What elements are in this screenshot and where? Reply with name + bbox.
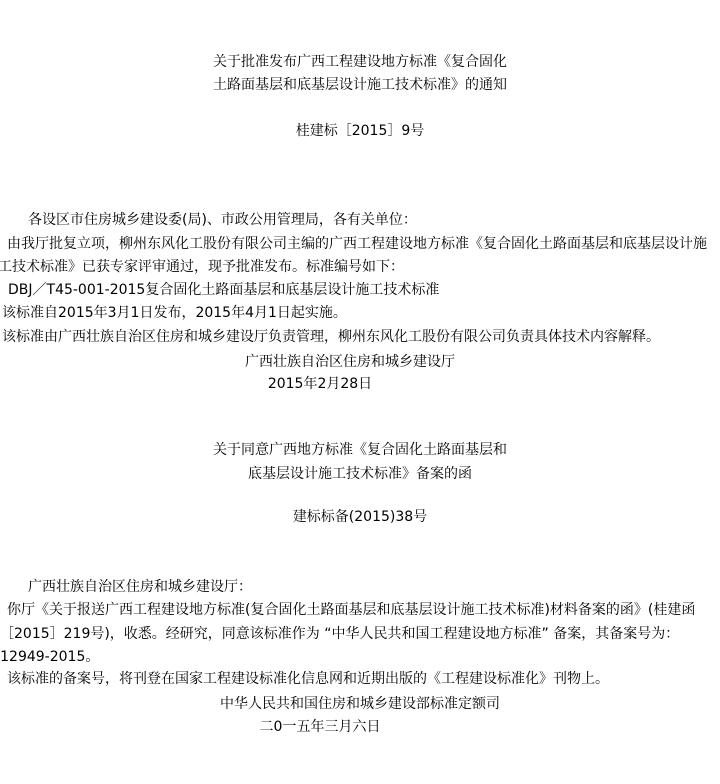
filing-salutation: 广西壮族自治区住房和城乡建设厅：: [0, 576, 720, 599]
approval-management-line: 该标准由广西壮族自治区住房和城乡建设厅负责管理，柳州东风化工股份有限公司负责具体…: [0, 326, 720, 349]
filing-body-line2: ［2015］219号)，收悉。经研究，同意该标准作为 “中华人民共和国工程建设地…: [0, 623, 720, 646]
filing-body-line1: 你厅《关于报送广西工程建设地方标准(复合固化土路面基层和底基层设计施工技术标准)…: [0, 599, 720, 622]
filing-signature-name: 中华人民共和国住房和城乡建设部标准定额司: [0, 693, 720, 716]
approval-body-line2: 工技术标准》已获专家评审通过，现予批准发布。标准编号如下：: [0, 256, 718, 279]
approval-dates-line: 该标准自2015年3月1日发布，2015年4月1日起实施。: [0, 302, 720, 325]
approval-doc-number: 桂建标［2015］9号: [0, 120, 720, 143]
approval-signature-date: 2015年2月28日: [0, 373, 720, 396]
filing-body-line3: J12949-2015。: [0, 646, 716, 669]
filing-signature-date: 二0一五年三月六日: [0, 716, 720, 739]
approval-title-line2: 土路面基层和底基层设计施工技术标准》的通知: [0, 74, 720, 97]
filing-doc-number: 建标标备(2015)38号: [0, 506, 720, 529]
approval-standard-number: DBJ／T45-001-2015复合固化土路面基层和底基层设计施工技术标准: [0, 279, 720, 302]
filing-title-line1: 关于同意广西地方标准《复合固化土路面基层和: [0, 439, 720, 462]
approval-body-line1: 由我厅批复立项，柳州东风化工股份有限公司主编的广西工程建设地方标准《复合固化土路…: [0, 233, 720, 256]
approval-title-line1: 关于批准发布广西工程建设地方标准《复合固化: [0, 51, 720, 74]
document-page: 关于批准发布广西工程建设地方标准《复合固化 土路面基层和底基层设计施工技术标准》…: [0, 0, 720, 784]
filing-publication-line: 该标准的备案号，将刊登在国家工程建设标准化信息网和近期出版的《工程建设标准化》刊…: [0, 668, 720, 691]
filing-title-line2: 底基层设计施工技术标准》备案的函: [0, 463, 720, 486]
approval-signature-name: 广西壮族自治区住房和城乡建设厅: [0, 351, 720, 374]
approval-salutation: 各设区市住房城乡建设委(局)、市政公用管理局，各有关单位：: [0, 209, 720, 232]
